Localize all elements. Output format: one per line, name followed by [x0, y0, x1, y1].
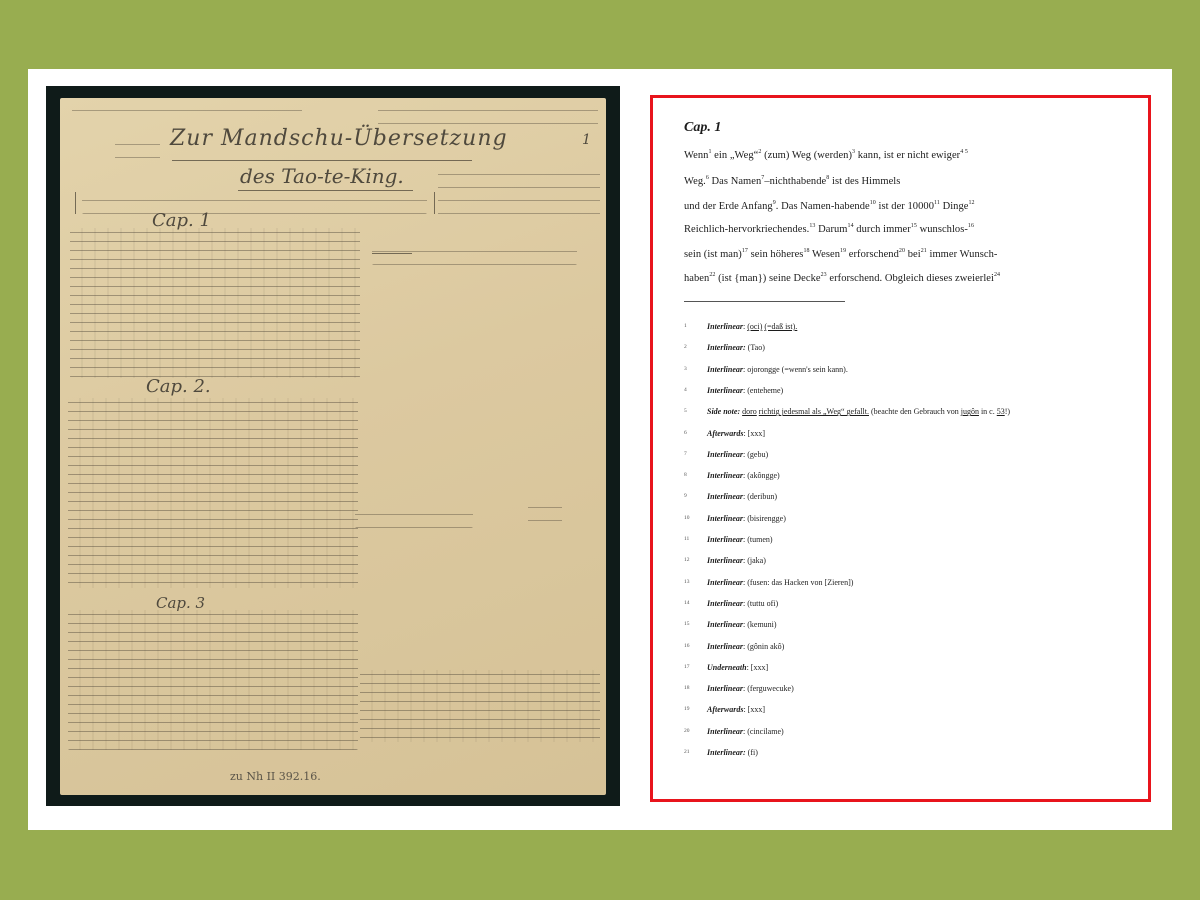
manuscript-cap2-margin-note — [528, 501, 562, 525]
footnote-number: 16 — [684, 640, 707, 652]
transcription-text: ist der 10000 — [876, 201, 934, 212]
footnote-item: 11Interlinear: (tumen) — [684, 533, 773, 545]
footnote-number: 8 — [684, 469, 707, 481]
footnote-item: 17Underneath: [xxx] — [684, 661, 768, 673]
footnote-text: doro — [742, 407, 757, 416]
transcription-text: Dinge — [940, 201, 969, 212]
transcription-text: ist des Himmels — [829, 176, 900, 187]
manuscript-title-line2: des Tao-te-King. — [240, 164, 404, 188]
transcription-line: Weg.6 Das Namen7–nichthabende8 ist des H… — [684, 176, 900, 187]
transcription-text: erforschend — [846, 249, 899, 260]
footnote-separator — [684, 301, 845, 302]
footnote-text: (Tao) — [746, 343, 765, 352]
footnote-item: 5Side note: doro richtig jedesmal als „W… — [684, 405, 1010, 417]
footnote-item: 2Interlinear: (Tao) — [684, 341, 765, 353]
footnote-label: Interlinear — [707, 620, 743, 629]
footnote-item: 3Interlinear: ojorongge (=wenn's sein ka… — [684, 363, 848, 375]
footnote-label: Interlinear — [707, 492, 743, 501]
manuscript-title-line1: Zur Mandschu-Übersetzung — [170, 126, 508, 151]
manuscript-cap2-text — [68, 398, 358, 588]
transcription-text: (ist {man}) seine Decke — [715, 273, 820, 284]
transcription-panel: Cap. 1 Wenn1 ein „Weg“2 (zum) Weg (werde… — [650, 95, 1151, 802]
manuscript-cap1-text — [70, 228, 360, 378]
footnote-text: : [xxx] — [743, 705, 765, 714]
footnote-text: (beachte den Gebrauch von — [869, 407, 961, 416]
transcription-text: Das Namen — [709, 176, 761, 187]
footnote-label: Afterwards — [707, 705, 743, 714]
transcription-text: ein „Weg“ — [712, 150, 759, 161]
transcription-text: Weg. — [684, 176, 706, 187]
manuscript-preface-note — [82, 194, 427, 214]
comparison-panel: Zur Mandschu-Übersetzung des Tao-te-King… — [28, 69, 1172, 830]
footnote-number: 1 — [684, 320, 707, 332]
footnote-text: : (deribun) — [743, 492, 777, 501]
footnote-number: 18 — [684, 682, 707, 694]
transcription-text: haben — [684, 273, 709, 284]
transcription-line: Wenn1 ein „Weg“2 (zum) Weg (werden)3 kan… — [684, 150, 968, 161]
transcription-line: sein (ist man)17 sein höheres18 Wesen19 … — [684, 249, 997, 260]
transcription-text: Wesen — [810, 249, 840, 260]
transcription-heading: Cap. 1 — [684, 120, 721, 136]
transcription-text: Reichlich-hervorkriechendes. — [684, 224, 809, 235]
archive-signature: zu Nh II 392.16. — [230, 770, 321, 783]
footnote-number: 21 — [684, 746, 707, 758]
footnote-label: Interlinear — [707, 322, 743, 331]
manuscript-cap2-heading: Cap. 2. — [146, 376, 211, 397]
footnote-text: 53 — [997, 407, 1005, 416]
footnote-item: 16Interlinear: (gônin akô) — [684, 640, 784, 652]
footnote-text: (oci) — [747, 322, 762, 331]
footnote-label: Interlinear: — [707, 343, 746, 352]
footnote-text: : (tuttu ofi) — [743, 599, 778, 608]
footnote-item: 13Interlinear: (fusen: das Hacken von [Z… — [684, 576, 853, 588]
footnote-number: 19 — [684, 703, 707, 715]
footnote-item: 9Interlinear: (deribun) — [684, 490, 777, 502]
footnote-text: jugôn — [961, 407, 979, 416]
footnote-label: Side note: — [707, 407, 740, 416]
footnote-text: : (tumen) — [743, 535, 773, 544]
footnote-item: 1Interlinear: (oci) (=daß ist). — [684, 320, 797, 332]
manuscript-cap1-side-note — [372, 245, 577, 265]
footnote-text: : (ferguwecuke) — [743, 684, 794, 693]
footnote-text: : (bisirengge) — [743, 514, 786, 523]
transcription-text: Darum — [815, 224, 847, 235]
footnote-item: 4Interlinear: (enteheme) — [684, 384, 783, 396]
side-note-underline — [372, 253, 412, 254]
transcription-text: . Das Namen-habende — [776, 201, 870, 212]
transcription-text: (zum) Weg (werden) — [761, 150, 852, 161]
footnote-number: 12 — [684, 554, 707, 566]
footnote-text: in c. — [979, 407, 997, 416]
manuscript-cap3-side-notes — [360, 670, 600, 742]
footnote-label: Interlinear — [707, 514, 743, 523]
footnote-item: 21Interlinear: (fi) — [684, 746, 758, 758]
footnote-item: 14Interlinear: (tuttu ofi) — [684, 597, 778, 609]
manuscript-facsimile-image: Zur Mandschu-Übersetzung des Tao-te-King… — [46, 86, 620, 806]
footnote-text: : (enteheme) — [743, 386, 783, 395]
footnote-label: Interlinear — [707, 535, 743, 544]
footnote-number: 2 — [684, 341, 707, 353]
footnote-text: richtig jedesmal als „Weg“ gefallt. — [759, 407, 869, 416]
footnote-item: 6Afterwards: [xxx] — [684, 427, 765, 439]
bracket-left — [75, 192, 76, 214]
footnote-label: Interlinear — [707, 386, 743, 395]
footnote-text: : (kemuni) — [743, 620, 777, 629]
transcription-line: Reichlich-hervorkriechendes.13 Darum14 d… — [684, 224, 974, 235]
footnote-number: 9 — [684, 490, 707, 502]
footnote-text: : ojorongge (=wenn's sein kann). — [743, 365, 848, 374]
footnote-number: 3 — [684, 363, 707, 375]
footnote-label: Interlinear — [707, 578, 743, 587]
transcription-line: haben22 (ist {man}) seine Decke23 erfors… — [684, 273, 1000, 284]
transcription-text: erforschend. Obgleich dieses zweierlei — [827, 273, 994, 284]
footnote-number: 5 — [684, 405, 707, 417]
footnote-label: Interlinear — [707, 471, 743, 480]
transcription-line: und der Erde Anfang9. Das Namen-habende1… — [684, 201, 975, 212]
footnote-label: Interlinear — [707, 556, 743, 565]
footnote-number: 6 — [684, 427, 707, 439]
footnote-label: Interlinear — [707, 450, 743, 459]
transcription-text: immer Wunsch- — [927, 249, 998, 260]
footnote-item: 19Afterwards: [xxx] — [684, 703, 765, 715]
footnote-text: : [xxx] — [743, 429, 765, 438]
manuscript-note-right-header — [438, 168, 600, 218]
footnote-text: (=daß ist). — [764, 322, 797, 331]
transcription-text: kann, ist er nicht ewiger — [855, 150, 960, 161]
footnote-number: 7 — [684, 448, 707, 460]
subtitle-underline — [238, 190, 413, 191]
footnote-number: 14 — [684, 597, 707, 609]
transcription-text: und der Erde Anfang — [684, 201, 773, 212]
manuscript-margin-note-top-left — [72, 104, 302, 120]
transcription-text: Wenn — [684, 150, 708, 161]
footnote-label: Afterwards — [707, 429, 743, 438]
footnote-number: 10 — [684, 512, 707, 524]
manuscript-paper: Zur Mandschu-Übersetzung des Tao-te-King… — [60, 98, 606, 795]
footnote-number: 17 — [684, 661, 707, 673]
footnote-item: 12Interlinear: (jaka) — [684, 554, 766, 566]
footnote-label: Interlinear: — [707, 748, 746, 757]
transcription-text: sein (ist man) — [684, 249, 742, 260]
footnote-number: 20 — [684, 725, 707, 737]
title-underline — [172, 160, 472, 161]
footnote-number: 4 — [684, 384, 707, 396]
footnote-label: Interlinear — [707, 599, 743, 608]
footnote-text: : (akôngge) — [743, 471, 780, 480]
footnote-label: Interlinear — [707, 365, 743, 374]
footnote-item: 18Interlinear: (ferguwecuke) — [684, 682, 794, 694]
transcription-text: bei — [905, 249, 921, 260]
manuscript-cap3-text — [68, 610, 358, 750]
footnote-marker[interactable]: 4 5 — [960, 149, 968, 155]
bracket-right — [434, 192, 435, 214]
footnote-marker[interactable]: 24 — [994, 272, 1000, 278]
footnote-item: 20Interlinear: (cincilame) — [684, 725, 784, 737]
footnote-text: : (gônin akô) — [743, 642, 784, 651]
transcription-text: durch immer — [854, 224, 911, 235]
footnote-text: : (jaka) — [743, 556, 766, 565]
footnote-text: : (fusen: das Hacken von [Zieren]) — [743, 578, 853, 587]
footnote-item: 8Interlinear: (akôngge) — [684, 469, 780, 481]
footnote-label: Underneath — [707, 663, 747, 672]
manuscript-margin-note-left — [115, 138, 160, 164]
footnote-number: 15 — [684, 618, 707, 630]
footnote-number: 11 — [684, 533, 707, 545]
transcription-text: wunschlos- — [917, 224, 968, 235]
footnote-label: Interlinear — [707, 727, 743, 736]
footnote-marker[interactable]: 16 — [968, 223, 974, 229]
footnote-marker[interactable]: 12 — [968, 200, 974, 206]
footnote-text: !) — [1005, 407, 1010, 416]
footnote-text: : (cincilame) — [743, 727, 784, 736]
footnote-text: (fi) — [746, 748, 758, 757]
footnote-item: 10Interlinear: (bisirengge) — [684, 512, 786, 524]
footnote-number: 13 — [684, 576, 707, 588]
footnote-item: 7Interlinear: (gebu) — [684, 448, 768, 460]
footnote-label: Interlinear — [707, 684, 743, 693]
footnote-text: : [xxx] — [747, 663, 769, 672]
manuscript-cap2-side-note — [355, 508, 473, 528]
footnote-item: 15Interlinear: (kemuni) — [684, 618, 777, 630]
footnote-text: : (gebu) — [743, 450, 768, 459]
transcription-text: sein höheres — [748, 249, 803, 260]
footnote-label: Interlinear — [707, 642, 743, 651]
manuscript-page-number: 1 — [582, 132, 591, 148]
transcription-text: –nichthabende — [764, 176, 826, 187]
